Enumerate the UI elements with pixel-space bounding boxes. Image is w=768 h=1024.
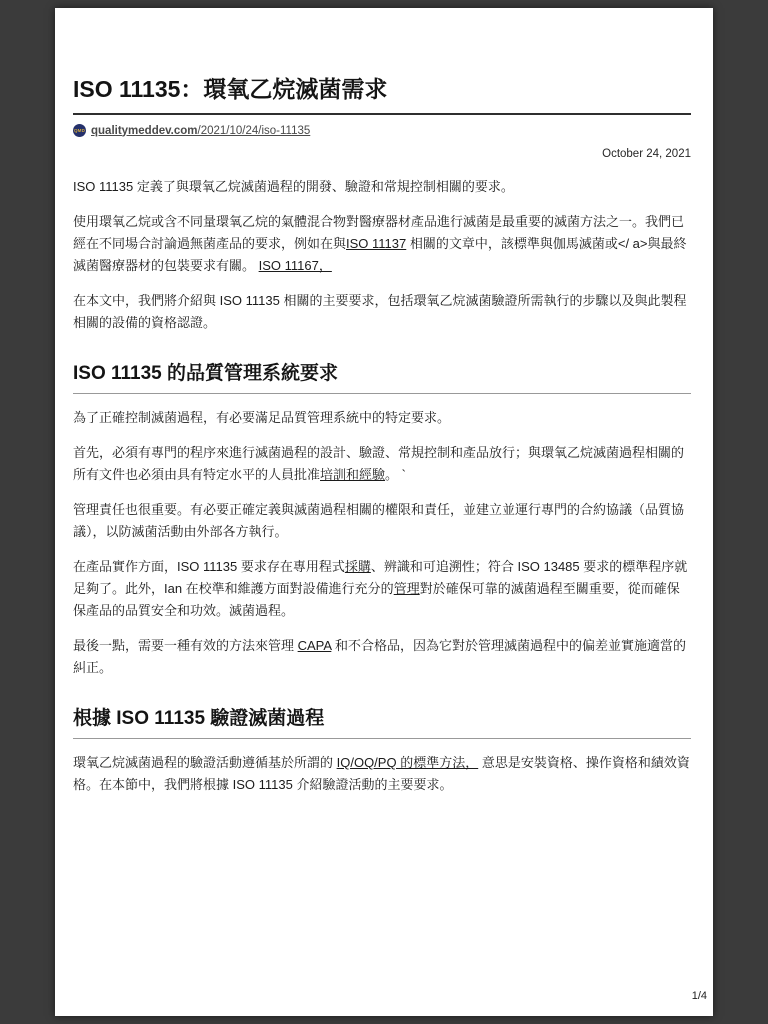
text-segment: 最後一點，需要一種有效的方法來管理 bbox=[73, 638, 298, 653]
publish-date: October 24, 2021 bbox=[73, 148, 691, 160]
source-path: /2021/10/24/iso-11135 bbox=[198, 125, 311, 137]
paragraph: 在產品實作方面，ISO 11135 要求存在專用程式採購、辨識和可追溯性；符合 … bbox=[73, 556, 691, 622]
text-segment: 環氧乙烷滅菌過程的驗證活動遵循基於所謂的 bbox=[73, 755, 337, 770]
inline-link[interactable]: 培訓和經驗 bbox=[320, 467, 385, 482]
document-page: ISO 11135：環氧乙烷滅菌需求 QMD qualitymeddev.com… bbox=[55, 8, 713, 1016]
section-heading: ISO 11135 的品質管理系統要求 bbox=[73, 361, 691, 386]
text-segment: 。 ` bbox=[385, 467, 406, 482]
paragraph: 為了正確控制滅菌過程，有必要滿足品質管理系統中的特定要求。 bbox=[73, 407, 691, 429]
text-segment: 在產品實作方面，ISO 11135 要求存在專用程式 bbox=[73, 559, 345, 574]
page-number-indicator: 1/4 bbox=[692, 990, 707, 1002]
title-divider bbox=[73, 113, 691, 115]
paragraph: 首先，必須有專門的程序來進行滅菌過程的設計、驗證、常規控制和產品放行；與環氧乙烷… bbox=[73, 442, 691, 486]
paragraph: 使用環氧乙烷或含不同量環氧乙烷的氣體混合物對醫療器材產品進行滅菌是最重要的滅菌方… bbox=[73, 211, 691, 277]
paragraph: 最後一點，需要一種有效的方法來管理 CAPA 和不合格品，因為它對於管理滅菌過程… bbox=[73, 635, 691, 679]
source-link-row: QMD qualitymeddev.com/2021/10/24/iso-111… bbox=[73, 124, 691, 137]
source-url-link[interactable]: qualitymeddev.com/2021/10/24/iso-11135 bbox=[91, 125, 310, 137]
inline-link[interactable]: ISO 11137 bbox=[346, 236, 406, 251]
text-segment: ISO 11135 定義了與環氧乙烷滅菌過程的開發、驗證和常規控制相關的要求。 bbox=[73, 179, 514, 194]
qualitymeddev-favicon-icon: QMD bbox=[73, 124, 86, 137]
paragraph: ISO 11135 定義了與環氧乙烷滅菌過程的開發、驗證和常規控制相關的要求。 bbox=[73, 176, 691, 198]
paragraph: 管理責任也很重要。有必要正確定義與滅菌過程相關的權限和責任，並建立並運行專門的合… bbox=[73, 499, 691, 543]
section-divider bbox=[73, 393, 691, 394]
inline-link[interactable]: CAPA bbox=[298, 638, 332, 653]
article-body: ISO 11135 定義了與環氧乙烷滅菌過程的開發、驗證和常規控制相關的要求。使… bbox=[73, 176, 691, 796]
inline-link[interactable]: ISO 11167， bbox=[259, 258, 332, 273]
text-segment: 在本文中，我們將介紹與 ISO 11135 相關的主要要求，包括環氧乙烷滅菌驗證… bbox=[73, 293, 686, 330]
section-divider bbox=[73, 738, 691, 739]
inline-link[interactable]: IQ/OQ/PQ 的標準方法， bbox=[337, 755, 479, 770]
page-title: ISO 11135：環氧乙烷滅菌需求 bbox=[73, 74, 691, 104]
paragraph: 環氧乙烷滅菌過程的驗證活動遵循基於所謂的 IQ/OQ/PQ 的標準方法， 意思是… bbox=[73, 752, 691, 796]
section-heading: 根據 ISO 11135 驗證滅菌過程 bbox=[73, 706, 691, 731]
paragraph: 在本文中，我們將介紹與 ISO 11135 相關的主要要求，包括環氧乙烷滅菌驗證… bbox=[73, 290, 691, 334]
text-segment: 管理責任也很重要。有必要正確定義與滅菌過程相關的權限和責任，並建立並運行專門的合… bbox=[73, 502, 684, 539]
inline-link[interactable]: 管理 bbox=[394, 581, 420, 596]
inline-link[interactable]: 採購 bbox=[345, 559, 371, 574]
text-segment: 為了正確控制滅菌過程，有必要滿足品質管理系統中的特定要求。 bbox=[73, 410, 450, 425]
source-domain: qualitymeddev.com bbox=[91, 125, 198, 137]
